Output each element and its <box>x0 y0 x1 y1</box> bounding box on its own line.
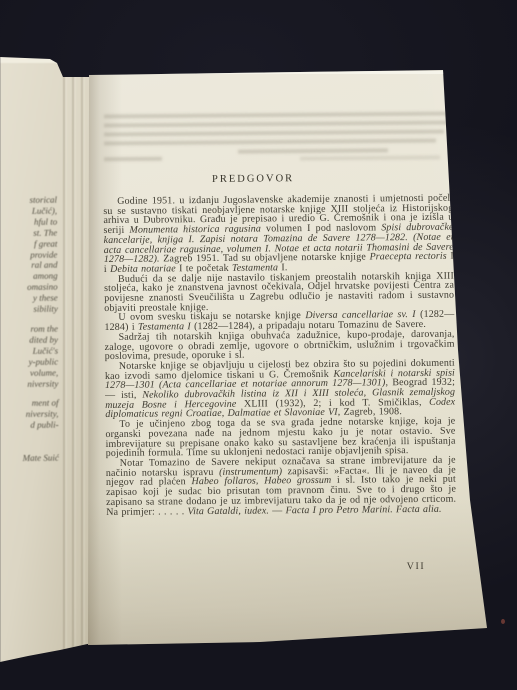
showthrough-line <box>104 157 162 162</box>
showthrough-line <box>238 148 388 153</box>
text-fragment: f great <box>0 238 57 249</box>
text-fragment: provide <box>0 249 57 260</box>
paragraph: Notar Tomazino de Savere nekiput označav… <box>106 456 457 518</box>
showthrough-line <box>300 155 440 160</box>
page-content: PREDGOVOR Godine 1951. u izdanju Jugosla… <box>103 172 456 518</box>
text-fragment: dited by <box>1 334 58 345</box>
showthrough-line <box>104 139 436 146</box>
paragraph: To je učinjeno zbog toga da se sva građa… <box>105 417 455 459</box>
text-fragment: rom the <box>1 324 58 335</box>
left-page: storicalLučić),hful tost. Thef greatprov… <box>0 0 92 690</box>
text-fragment: y-public <box>1 356 58 367</box>
showthrough-line <box>104 120 448 127</box>
body-text: Godine 1951. u izdanju Jugoslavenske aka… <box>103 194 456 518</box>
gutter-striations <box>58 60 92 660</box>
left-page-text-fragments: storicalLučić),hful tost. Thef greatprov… <box>0 195 59 464</box>
text-fragment: d publi- <box>2 420 59 431</box>
text-fragment: sibility <box>1 304 58 315</box>
text-fragment: omasino <box>1 282 58 293</box>
text-fragment: among <box>1 271 58 282</box>
page-title: PREDGOVOR <box>78 172 428 186</box>
dust-speck <box>501 619 505 624</box>
text-fragment: ral and <box>0 260 57 271</box>
text-fragment: storical <box>0 195 57 206</box>
paragraph: Budući da se dalje nije nastavilo tiskan… <box>104 271 454 313</box>
book-photo: storicalLučić),hful tost. Thef greatprov… <box>0 0 517 690</box>
text-fragment: niversity, <box>1 409 58 420</box>
paragraph: Notarske knjige se objavljuju u cijelost… <box>105 359 456 421</box>
text-fragment: st. The <box>0 227 57 238</box>
text-fragment: Lučić), <box>0 206 57 217</box>
showthrough-line <box>104 130 444 137</box>
paragraph: Sadržaj tih notarskih knjiga obuhvaća za… <box>105 329 455 361</box>
text-fragment: Mate Suić <box>2 453 59 464</box>
showthrough-line <box>104 111 448 118</box>
text-fragment: niversity <box>1 378 58 389</box>
text-fragment: y these <box>1 293 58 304</box>
text-fragment: ment of <box>1 398 58 409</box>
text-fragment: hful to <box>0 216 57 227</box>
page-number: VII <box>407 561 425 572</box>
left-page-top-edge <box>0 57 58 63</box>
paragraph: Godine 1951. u izdanju Jugoslavenske aka… <box>103 194 454 275</box>
text-fragment: Lučić's <box>1 345 58 356</box>
text-fragment: volume, <box>1 367 58 378</box>
